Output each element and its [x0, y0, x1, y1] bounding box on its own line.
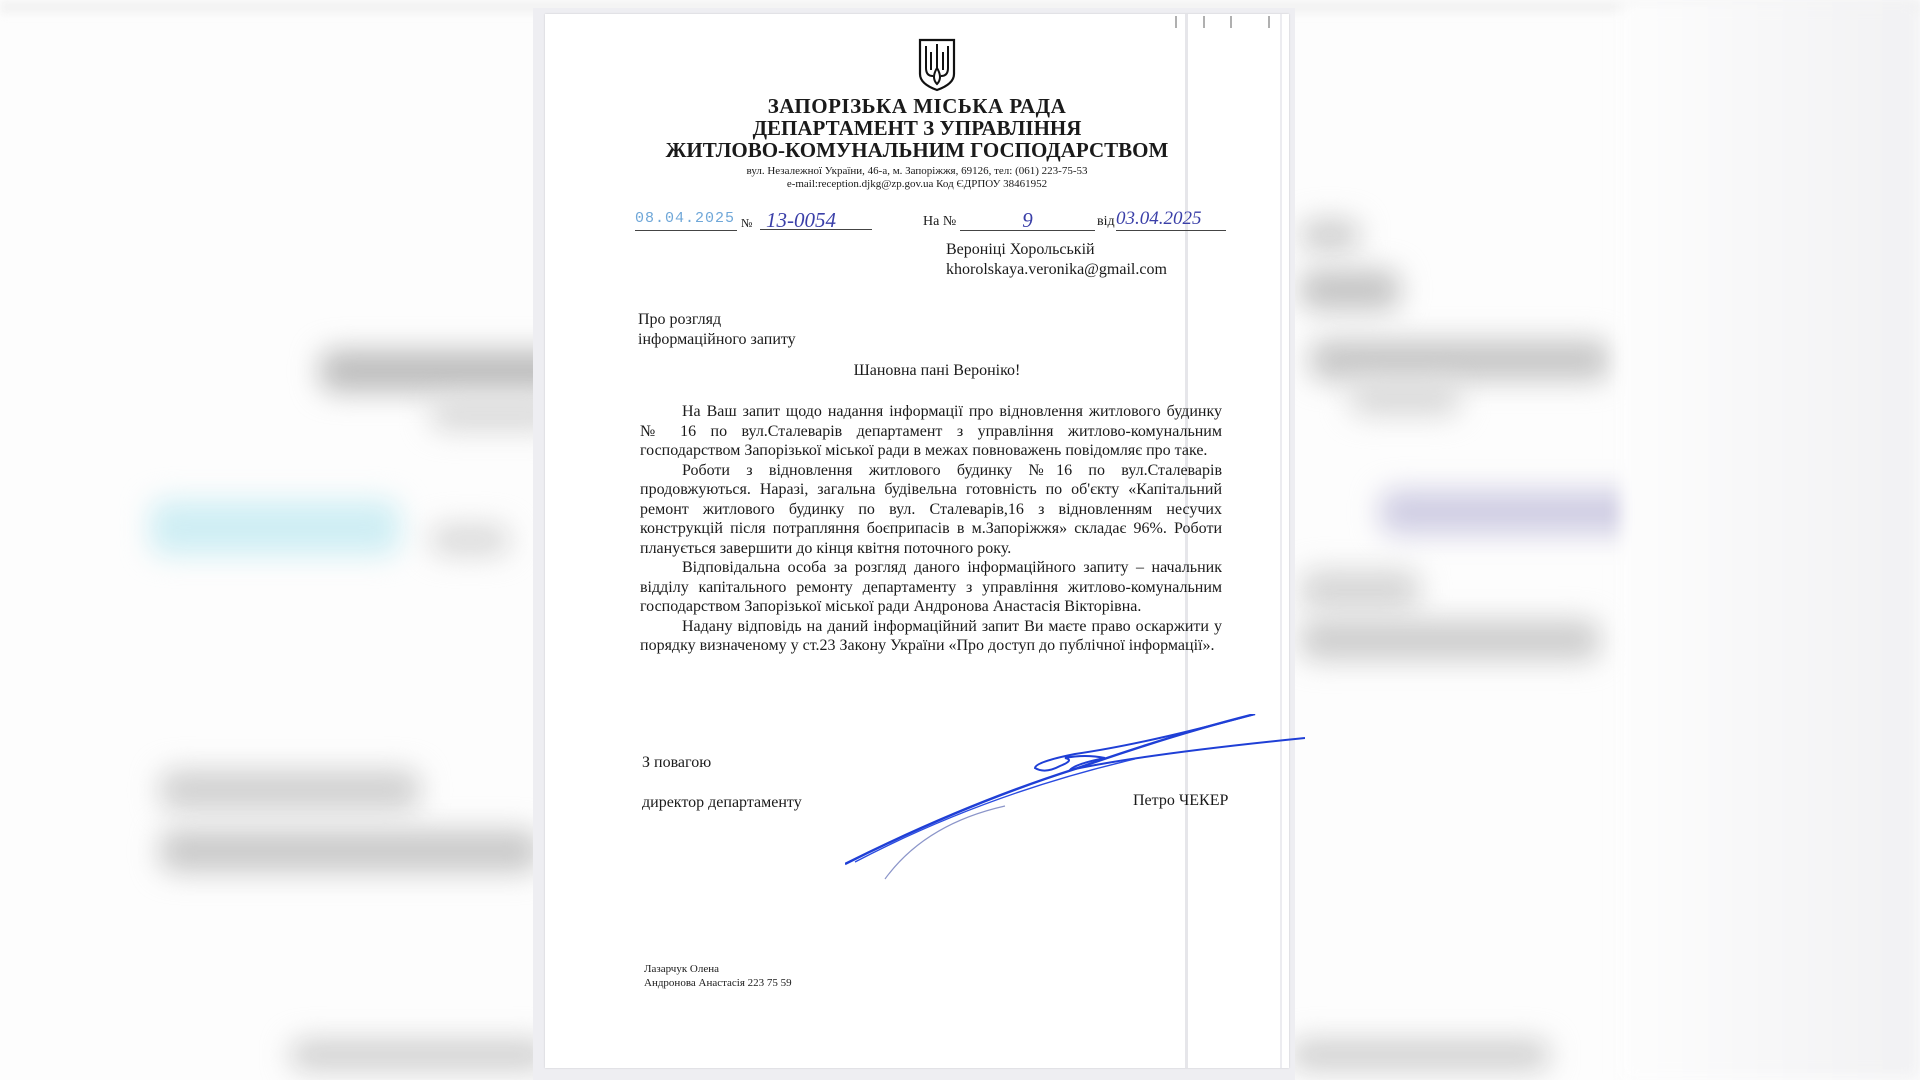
executor-name: Лазарчук Олена	[644, 962, 792, 976]
recipient-block: Вероніці Хорольській khorolskaya.veronik…	[946, 240, 1167, 280]
subject-line: Про розгляд	[638, 310, 796, 330]
body-paragraph: На Ваш запит щодо надання інформації про…	[640, 402, 1222, 461]
subject-block: Про розгляд інформаційного запиту	[638, 310, 796, 350]
department-name-cont: ЖИТЛОВО-КОМУНАЛЬНИМ ГОСПОДАРСТВОМ	[545, 138, 1289, 163]
scan-mark	[1175, 16, 1177, 28]
body-paragraph: Надану відповідь на даний інформаційний …	[640, 617, 1222, 656]
handwritten-signature-icon	[845, 714, 1305, 884]
scan-mark	[1268, 16, 1270, 28]
executors-block: Лазарчук Олена Андронова Анастасія 223 7…	[644, 962, 792, 990]
greeting: Шановна пані Вероніко!	[545, 362, 1289, 380]
recipient-email: khorolskaya.veronika@gmail.com	[946, 260, 1167, 280]
letter-body: На Ваш запит щодо надання інформації про…	[640, 402, 1222, 656]
outgoing-number: 13-0054	[760, 208, 872, 230]
scan-mark	[1203, 16, 1205, 28]
reply-to-date: 03.04.2025	[1116, 208, 1226, 231]
body-paragraph: Роботи з відновлення житлового будинку №…	[640, 461, 1222, 559]
letter-page: ЗАПОРІЗЬКА МІСЬКА РАДА ДЕПАРТАМЕНТ З УПР…	[545, 14, 1289, 1068]
recipient-name: Вероніці Хорольській	[946, 240, 1167, 260]
body-paragraph: Відповідальна особа за розгляд даного ін…	[640, 558, 1222, 617]
reply-to-label: На №	[923, 214, 956, 230]
signer-position: директор департаменту	[642, 794, 802, 812]
outgoing-date-stamp: 08.04.2025	[635, 210, 737, 231]
from-label: від	[1097, 214, 1115, 230]
closing: З повагою	[642, 754, 711, 772]
executor-name-phone: Андронова Анастасія 223 75 59	[644, 976, 792, 990]
org-address: вул. Незалежної України, 46-а, м. Запорі…	[545, 165, 1289, 177]
number-label: №	[741, 216, 752, 231]
scan-mark	[1230, 16, 1232, 28]
tryzub-emblem-icon	[917, 38, 957, 92]
reply-to-number: 9	[960, 208, 1095, 231]
subject-line: інформаційного запиту	[638, 330, 796, 350]
org-contacts: e-mail:reception.djkg@zp.gov.ua Код ЄДРП…	[545, 178, 1289, 190]
